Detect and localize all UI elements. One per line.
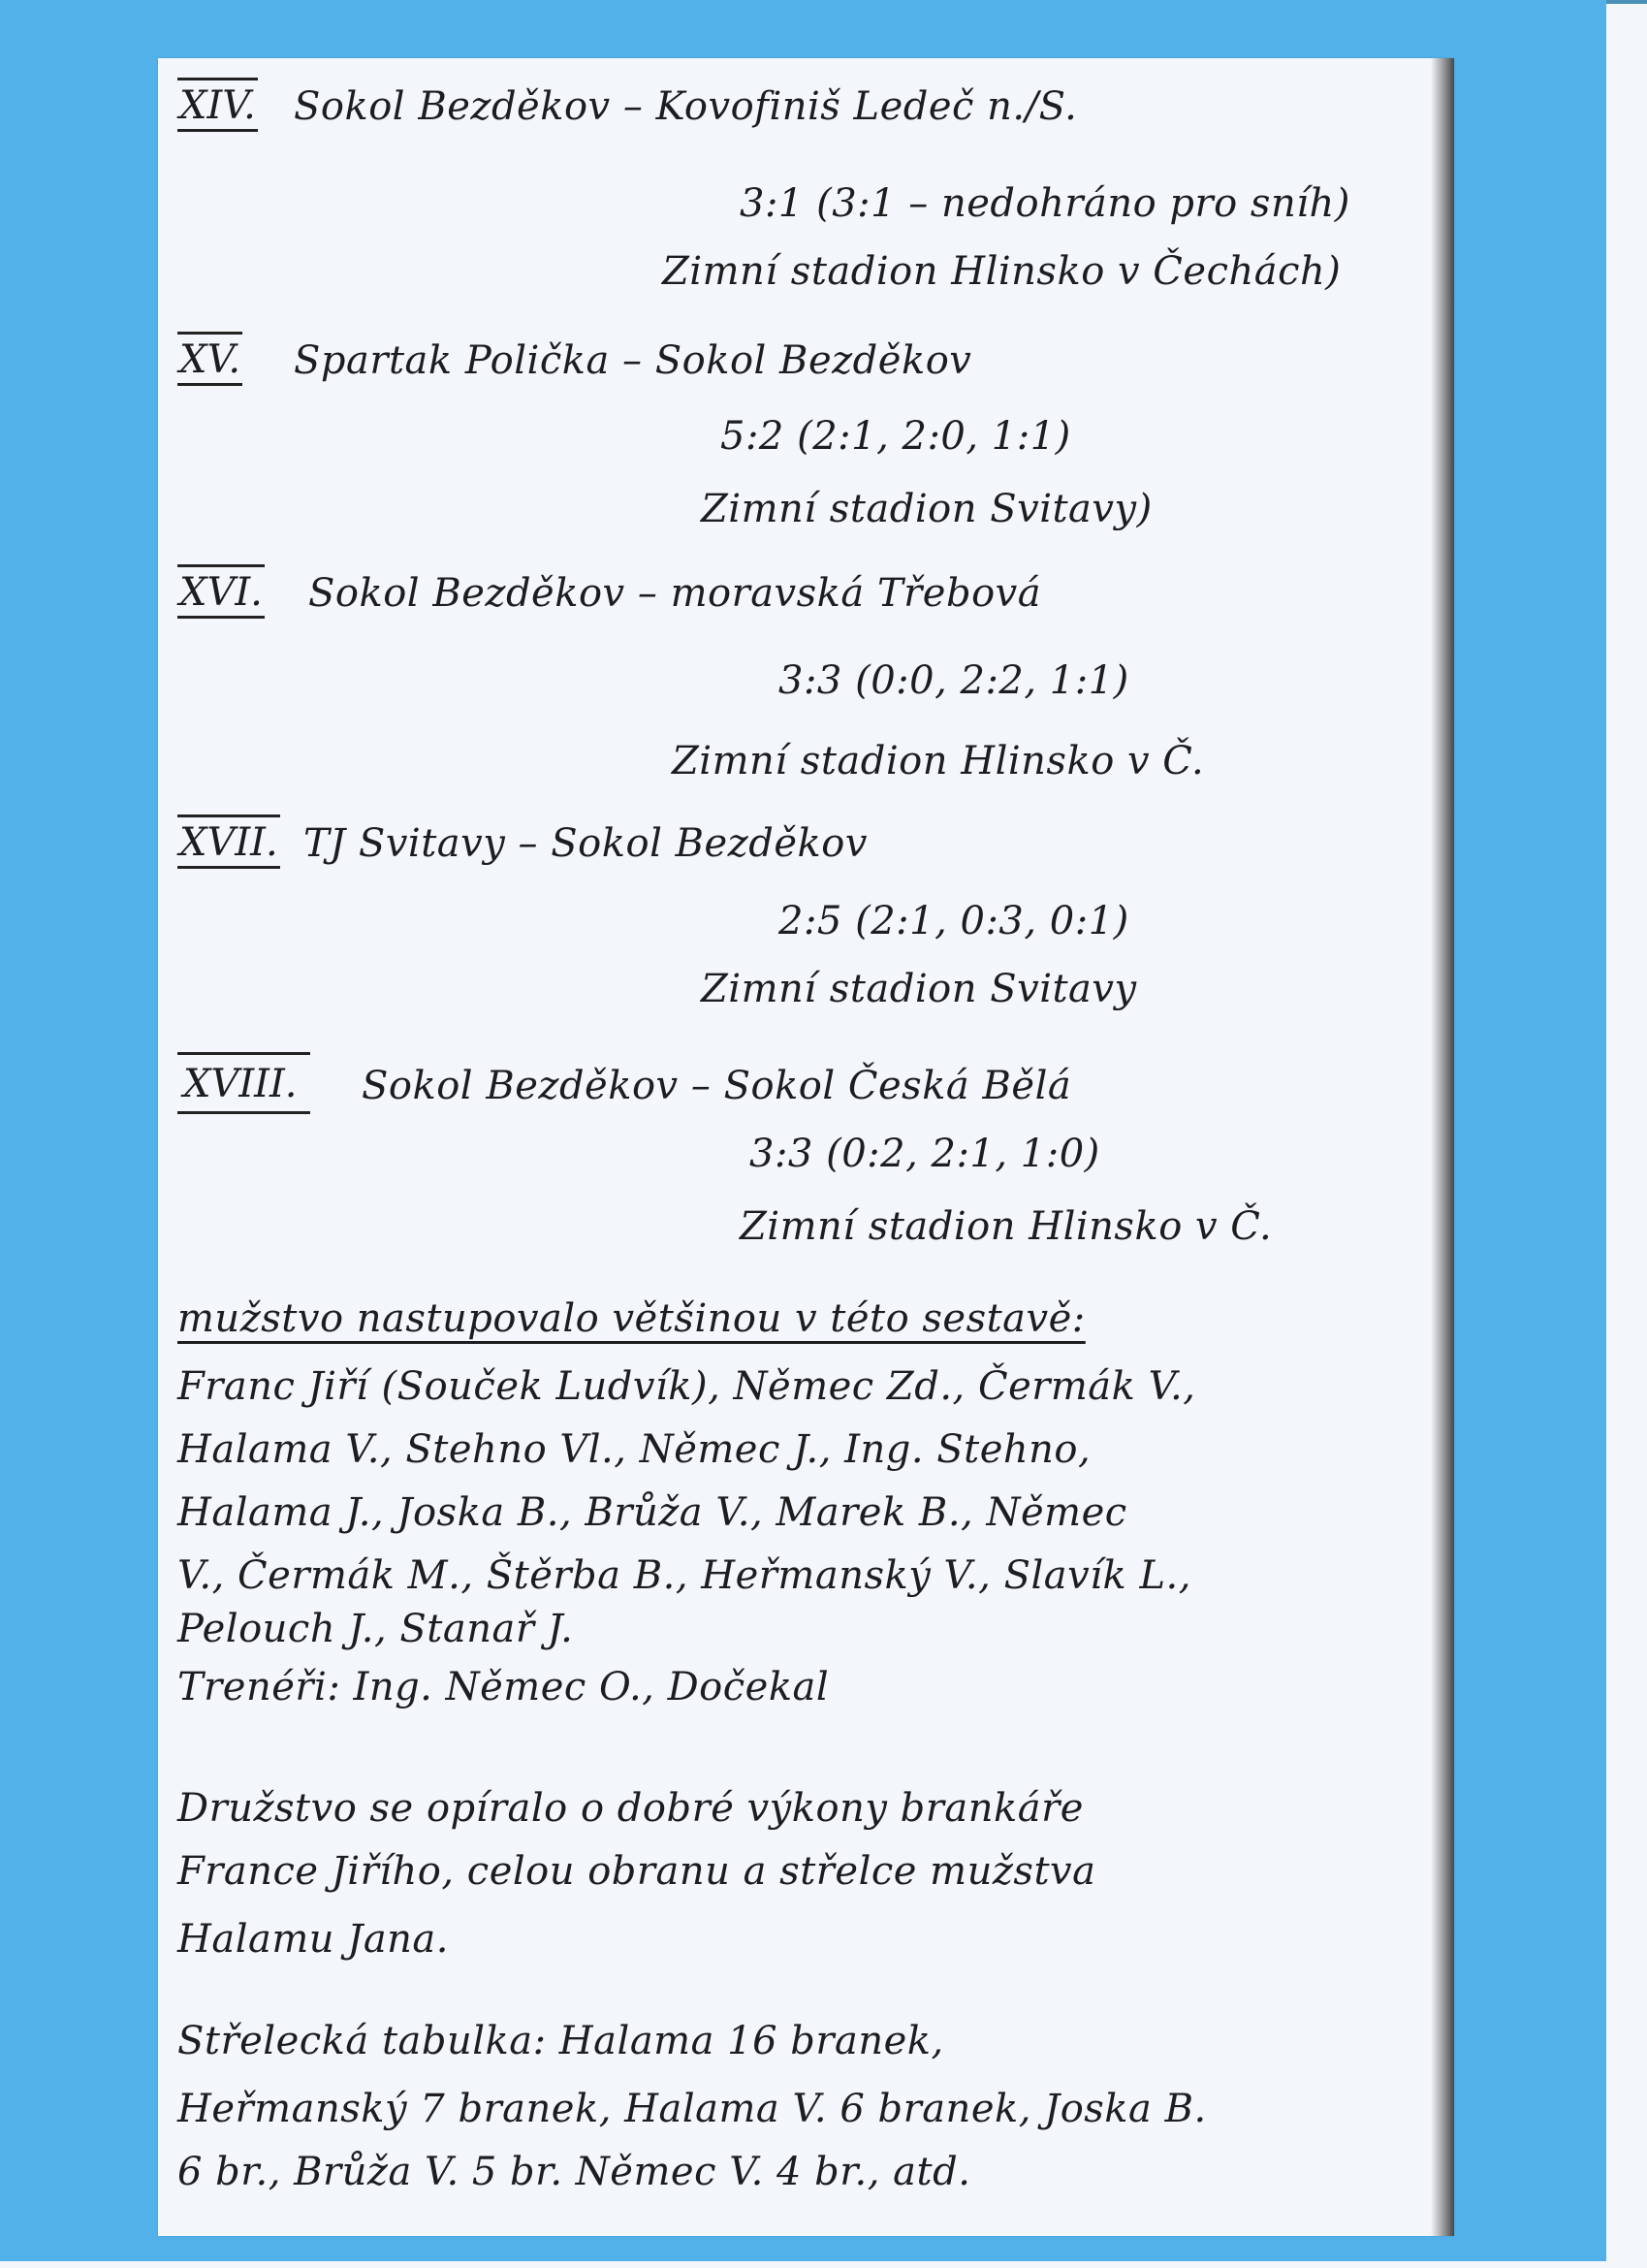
coaches-line: Trenéři: Ing. Němec O., Dočekal xyxy=(177,1668,829,1707)
lineup-line: Franc Jiří (Souček Ludvík), Němec Zd., Č… xyxy=(177,1367,1195,1406)
page-fold-shadow xyxy=(1431,58,1454,2236)
match-number: XV. xyxy=(177,332,242,386)
match-number: XVI. xyxy=(177,564,265,619)
match-venue: Zimní stadion Hlinsko v Čechách) xyxy=(662,252,1341,291)
match-score: 3:1 (3:1 – nedohráno pro sníh) xyxy=(740,184,1350,223)
match-teams: Sokol Bezděkov – Sokol Česká Bělá xyxy=(362,1067,1071,1105)
scorers-line: Střelecká tabulka: Halama 16 branek, xyxy=(177,2022,944,2060)
summary-line: Družstvo se opíralo o dobré výkony brank… xyxy=(177,1789,1084,1828)
summary-line: Halamu Jana. xyxy=(177,1920,449,1959)
match-venue: Zimní stadion Svitavy) xyxy=(701,490,1153,528)
lineup-line: Halama V., Stehno Vl., Němec J., Ing. St… xyxy=(177,1430,1091,1469)
match-number: XVIII. xyxy=(177,1052,310,1114)
scorers-line: 6 br., Brůža V. 5 br. Němec V. 4 br., at… xyxy=(177,2153,970,2191)
match-score: 2:5 (2:1, 0:3, 0:1) xyxy=(778,902,1129,941)
match-score: 3:3 (0:2, 2:1, 1:0) xyxy=(749,1134,1100,1173)
scorers-line: Heřmanský 7 branek, Halama V. 6 branek, … xyxy=(177,2090,1207,2128)
handwritten-page: XIV. Sokol Bezděkov – Kovofiniš Ledeč n.… xyxy=(158,58,1454,2236)
lineup-line: Pelouch J., Stanař J. xyxy=(177,1610,573,1648)
lineup-line: V., Čermák M., Štěrba B., Heřmanský V., … xyxy=(177,1556,1191,1595)
match-score: 3:3 (0:0, 2:2, 1:1) xyxy=(778,661,1129,700)
match-teams: Spartak Polička – Sokol Bezděkov xyxy=(294,341,971,380)
match-venue: Zimní stadion Hlinsko v Č. xyxy=(740,1207,1272,1246)
summary-line: France Jiřího, celou obranu a střelce mu… xyxy=(177,1852,1095,1891)
match-number: XIV. xyxy=(177,78,258,132)
match-score: 5:2 (2:1, 2:0, 1:1) xyxy=(720,417,1071,456)
match-teams: Sokol Bezděkov – Kovofiniš Ledeč n./S. xyxy=(294,87,1077,126)
match-teams: TJ Svitavy – Sokol Bezděkov xyxy=(303,824,868,863)
match-venue: Zimní stadion Svitavy xyxy=(701,970,1137,1008)
lineup-line: Halama J., Joska B., Brůža V., Marek B.,… xyxy=(177,1493,1127,1532)
match-teams: Sokol Bezděkov – moravská Třebová xyxy=(308,574,1041,613)
lineup-heading: mužstvo nastupovalo většinou v této sest… xyxy=(177,1299,1086,1338)
match-venue: Zimní stadion Hlinsko v Č. xyxy=(672,742,1204,781)
match-number: XVII. xyxy=(177,815,280,869)
